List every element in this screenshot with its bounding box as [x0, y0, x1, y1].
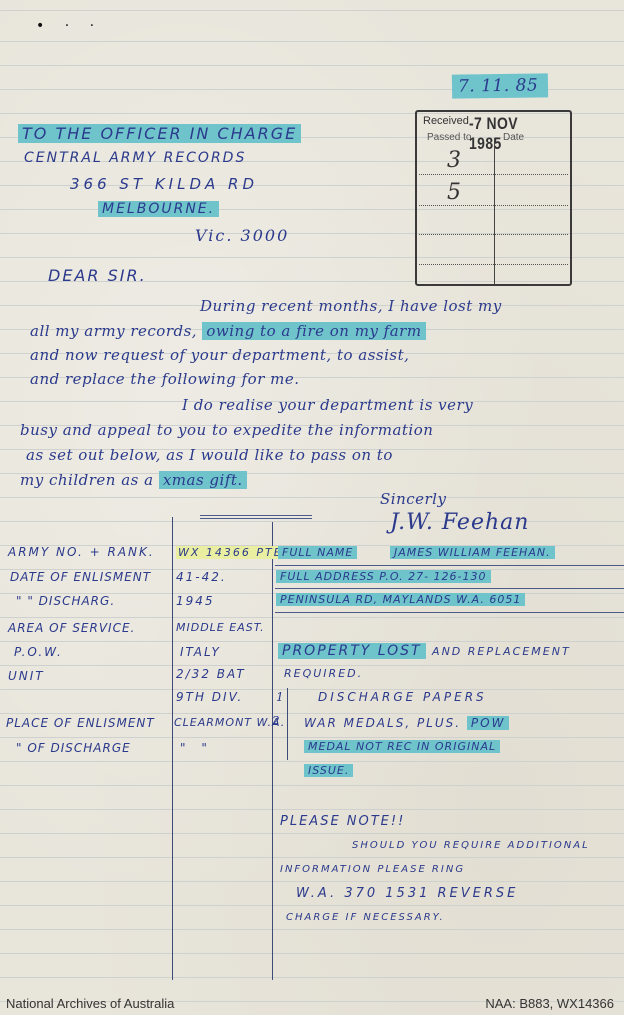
address-line-2: Central Army Records: [24, 150, 246, 166]
stamp-row-line: [419, 205, 568, 206]
item-discharge-papers: Discharge Papers: [318, 690, 487, 704]
required-label: Required.: [284, 667, 363, 680]
row-label: Area of Service.: [8, 621, 135, 635]
row-value: Middle East.: [176, 621, 265, 634]
body-line: I do realise your department is very: [182, 396, 473, 414]
stray-marks: • · ·: [36, 18, 102, 34]
body-line: my children as a xmas gift.: [20, 471, 247, 489]
note-line: Should you require additional: [352, 840, 590, 851]
body-line: and replace the following for me.: [30, 370, 300, 388]
address-line-1: To the Officer in Charge: [18, 124, 301, 143]
full-name-value: James William Feehan.: [390, 546, 555, 559]
stamp-row-line: [419, 234, 568, 235]
item-number: 1: [276, 690, 284, 704]
row-label: Unit: [8, 669, 45, 683]
body-line: busy and appeal to you to expedite the i…: [20, 421, 433, 439]
table-top-rule: [200, 515, 312, 516]
item-number: 2: [272, 714, 280, 728]
stamp-entry: 5: [447, 180, 461, 205]
signature: J.W. Feehan: [390, 510, 529, 535]
row-label: " " Discharg.: [16, 594, 115, 608]
stamp-passed-to-label: Passed to.: [427, 132, 474, 143]
row-value: 2/32 Bat: [176, 667, 246, 681]
table-divider-right: [272, 522, 273, 980]
salutation: Dear Sir.: [48, 266, 147, 285]
item-war-medals: War Medals, Plus. POW: [304, 716, 509, 730]
table-divider-left: [172, 517, 173, 980]
stamp-received-label: Received: [423, 115, 469, 127]
letter-page: • · · 7. 11. 85 Received -7 NOV 1985 Pas…: [0, 0, 624, 1015]
item-issue: Issue.: [304, 764, 353, 777]
stamp-entry: 3: [447, 148, 461, 173]
address-row-2: Peninsula Rd, Maylands W.A. 6051: [276, 593, 525, 606]
body-line: as set out below, as I would like to pas…: [26, 446, 393, 464]
address-line-3: 366 St Kilda Rd: [70, 175, 258, 193]
full-name-label: Full Name: [278, 546, 357, 559]
row-label: Date of Enlisment: [10, 570, 151, 584]
row-label: Place of Enlisment: [6, 716, 155, 730]
archive-reference: NAA: B883, WX14366: [485, 996, 614, 1011]
note-line: charge if necessary.: [286, 912, 445, 923]
item-list-rule: [287, 688, 288, 760]
row-value: Clearmont W.A.: [174, 716, 285, 729]
letter-date: 7. 11. 85: [452, 73, 549, 98]
stamp-row-line: [419, 174, 568, 175]
underline: [275, 612, 624, 613]
row-label: P.O.W.: [14, 645, 63, 659]
row-value: 41-42.: [176, 570, 227, 584]
address-line-4: Melbourne.: [98, 201, 219, 217]
row-label: " of Discharge: [16, 741, 131, 755]
closing: Sincerly: [380, 490, 446, 508]
row-value: 1945: [176, 594, 215, 608]
stamp-date-label: Date: [503, 132, 524, 143]
address-row-1: Full Address P.O. 27- 126-130: [276, 570, 491, 583]
row-value: " ": [180, 741, 213, 755]
body-line: During recent months, I have lost my: [200, 297, 502, 315]
note-line: information please ring: [280, 864, 465, 875]
property-lost-heading: Property Lost and Replacement: [278, 643, 571, 659]
item-pow-medal: Medal not rec in original: [304, 740, 500, 753]
stamp-divider: [494, 138, 495, 284]
table-top-rule: [200, 518, 312, 519]
body-line: all my army records, owing to a fire on …: [30, 322, 426, 340]
underline: [275, 565, 624, 566]
address-line-5: Vic. 3000: [195, 226, 289, 245]
stamp-row-line: [419, 264, 568, 265]
body-line: and now request of your department, to a…: [30, 346, 409, 364]
phone-number: W.A. 370 1531 Reverse: [296, 886, 518, 901]
archive-credit: National Archives of Australia: [6, 996, 174, 1011]
please-note-heading: Please Note!!: [280, 814, 405, 829]
row-label: Army No. + Rank.: [8, 545, 155, 559]
received-stamp: Received -7 NOV 1985 Passed to. Date 3 5: [415, 110, 572, 286]
underline: [275, 588, 624, 589]
row-value: Italy: [180, 645, 221, 659]
row-value: WX 14366 Pte: [176, 546, 285, 559]
row-value: 9th Div.: [176, 690, 243, 704]
